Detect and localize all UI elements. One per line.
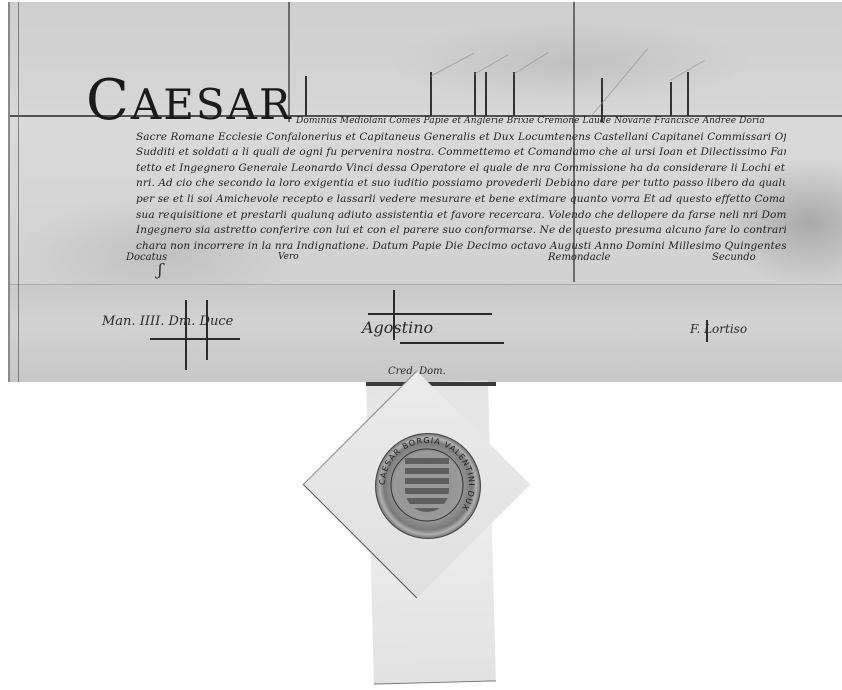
signature-stroke (706, 320, 708, 342)
paraph-mark: ʃ (158, 260, 162, 279)
ruling-tick (670, 82, 672, 116)
body-line: Sudditi et soldati a li quali de ogni fu… (136, 145, 786, 161)
signature-center: Agostino (362, 318, 433, 337)
lower-fold-line (10, 284, 842, 285)
datum-right: Secundo (712, 252, 756, 263)
body-line: Sacre Romane Ecclesie Confalonerius et C… (136, 130, 786, 146)
body-line: chara non incorrere in la nra Indignatio… (136, 239, 786, 255)
seal-legend-text: CAESAR BORGIA VALENTINI DUX (375, 433, 479, 537)
signature-stroke (393, 290, 395, 340)
datum-middle: Remondacle (548, 252, 610, 263)
ruling-tick (687, 72, 689, 116)
signature-left: Man. IIII. Dm. Duce (102, 314, 233, 329)
ruling-diagonal (590, 48, 649, 118)
ruling-tick (474, 72, 476, 116)
ruling-diagonal (474, 54, 509, 75)
body-line: nri. Ad cio che secondo la loro exigenti… (136, 176, 786, 192)
signature-bar (368, 313, 492, 315)
ruling-tick (513, 72, 515, 116)
signature-underline (150, 338, 240, 340)
signature-stroke (185, 300, 187, 370)
body-line: sua requisitione et prestarli qualunq ad… (136, 208, 786, 224)
manuscript-sheet: CAESAR Dominus Mediolani Comes Papie et … (8, 2, 842, 382)
signature-right: F. Lortiso (690, 322, 747, 336)
heading-initial: C (86, 68, 131, 133)
body-line: Dominus Mediolani Comes Papie et Angleri… (136, 114, 786, 130)
ruling-tick (305, 76, 307, 116)
body-line: per se et li soi Amichevole recepto e la… (136, 192, 786, 208)
body-line: Ingegnero sia astretto conferire con lui… (136, 223, 786, 239)
ruling-diagonal (430, 53, 475, 77)
left-edge-line (18, 2, 19, 382)
signature-underline (400, 342, 504, 344)
document-body: Dominus Mediolani Comes Papie et Angleri… (136, 114, 786, 254)
ruling-tick (485, 72, 487, 116)
datum-middle-left: Vero (278, 252, 299, 262)
ruling-diagonal (513, 52, 549, 75)
ruling-tick (430, 72, 432, 116)
body-line: tetto et Ingegnero Generale Leonardo Vin… (136, 161, 786, 177)
signature-stroke (206, 300, 208, 360)
